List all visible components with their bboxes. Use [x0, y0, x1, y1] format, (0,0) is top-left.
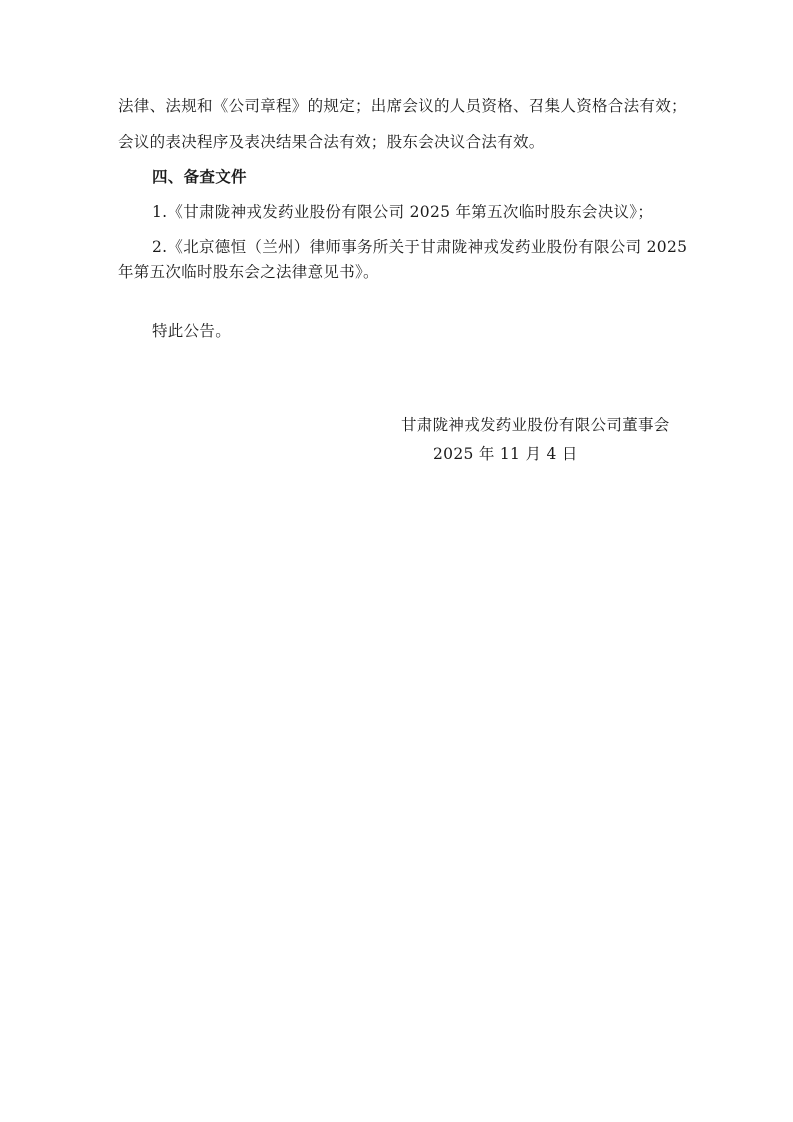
document-page: 法律、法规和《公司章程》的规定；出席会议的人员资格、召集人资格合法有效； 会议的… [0, 0, 793, 1122]
reference-item-2-line2: 年第五次临时股东会之法律意见书》。 [118, 262, 379, 282]
section-heading: 四、备查文件 [152, 167, 247, 187]
body-text-line: 法律、法规和《公司章程》的规定；出席会议的人员资格、召集人资格合法有效； [118, 96, 678, 116]
reference-item-2-line1: 2.《北京德恒（兰州）律师事务所关于甘肃陇神戎发药业股份有限公司 2025 [152, 237, 672, 257]
signature-date: 2025 年 11 月 4 日 [433, 444, 578, 464]
closing-statement: 特此公告。 [152, 321, 231, 341]
reference-item-1: 1.《甘肃陇神戎发药业股份有限公司 2025 年第五次临时股东会决议》； [152, 202, 653, 222]
signature-company: 甘肃陇神戎发药业股份有限公司董事会 [401, 415, 670, 435]
body-text-line: 会议的表决程序及表决结果合法有效；股东会决议合法有效。 [118, 132, 545, 152]
